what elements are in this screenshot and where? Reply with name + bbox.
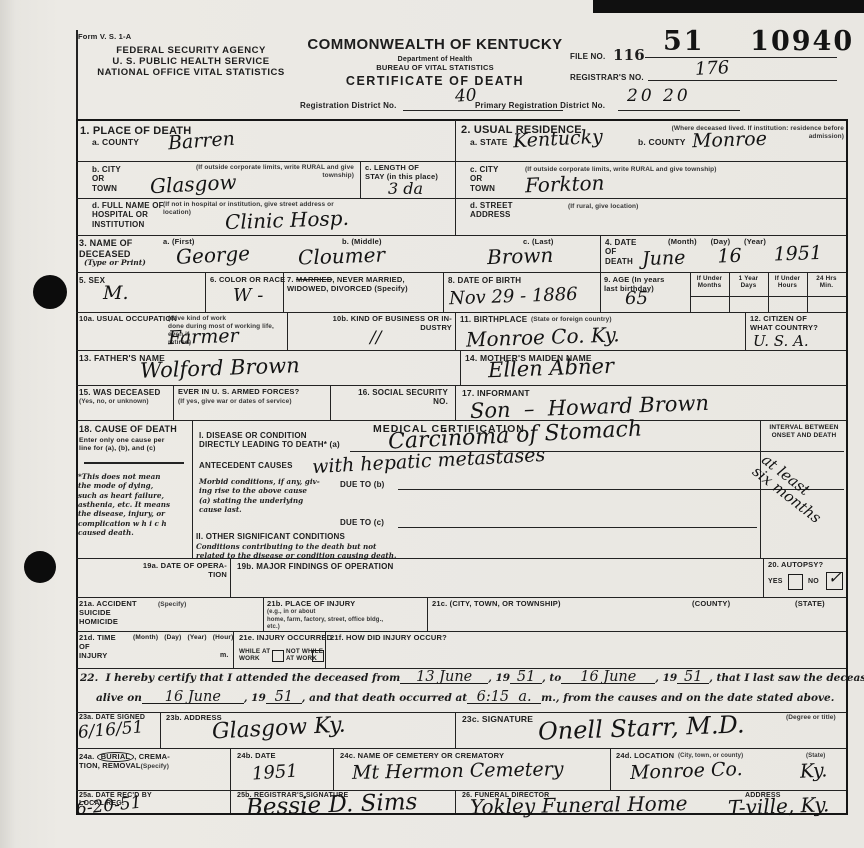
registration-district-label: Registration District No.: [300, 101, 397, 110]
cemetery-value: Mt Hermon Cemetery: [352, 760, 564, 783]
burial-date-value: 1951: [251, 762, 298, 783]
street-address-label: d. STREET ADDRESS: [470, 201, 513, 220]
residence-city-label: c. CITY OR TOWN: [470, 165, 499, 193]
cause-footnote: *This does not mean the mode of dying, s…: [78, 472, 190, 538]
accident-suicide-homicide-label: 21a. ACCIDENT SUICIDE HOMICIDE: [79, 600, 137, 627]
certify-text-8: , and that death occurred at: [302, 692, 467, 704]
registrar-no-value: 176: [695, 59, 730, 79]
registrar-no-label: REGISTRAR'S NO.: [570, 73, 644, 82]
attended-to-year: 51: [677, 671, 709, 684]
punch-hole: [33, 275, 67, 309]
attended-from-year: 51: [510, 671, 542, 684]
agency-name: FEDERAL SECURITY AGENCY U. S. PUBLIC HEA…: [66, 45, 316, 79]
race-label: 6. COLOR OR RACE: [210, 276, 285, 285]
burial-cremation-label: 24a. BURIAL, CREMA- TION, REMOVAL(Specif…: [79, 752, 229, 771]
file-no-printed: 116: [613, 47, 645, 65]
date-of-operation-label: 19a. DATE OF OPERA- TION: [79, 562, 227, 580]
citizen-country-value: U. S. A.: [753, 334, 809, 349]
death-county-value: Barren: [167, 130, 235, 154]
while-at-work-checkbox: [272, 650, 284, 662]
place-of-injury-note: (e.g., in or about home, farm, factory, …: [267, 609, 422, 632]
death-county-label: a. COUNTY: [92, 137, 139, 147]
morbid-conditions-note: Morbid conditions, if any, giv- ing rise…: [199, 477, 349, 514]
age-sub-4-bottom: Min.: [820, 282, 833, 289]
street-address-note: (If rural, give location): [568, 203, 638, 211]
other-conditions-title: II. OTHER SIGNIFICANT CONDITIONS: [196, 532, 345, 541]
birthplace-label: 11. BIRTHPLACE: [460, 315, 527, 324]
marital-status-label: 7. MARRIED, NEVER MARRIED, WIDOWED, DIVO…: [287, 276, 442, 294]
sex-label: 5. SEX: [79, 276, 105, 285]
type-or-print-note: (Type or Print): [84, 258, 146, 268]
last-name-value: Brown: [487, 245, 554, 267]
marital-prefix: 7.: [287, 275, 296, 284]
age-sub-4-top: 24 Hrs: [816, 275, 836, 282]
burial-state-value: Ky.: [800, 761, 828, 781]
certify-text-7: , 19: [244, 692, 266, 704]
primary-district-value: 20 20: [627, 88, 691, 105]
certify-text-1: I hereby certify that I attended the dec…: [106, 672, 401, 684]
attended-to-value: 16 June: [561, 671, 655, 684]
sex-value: M.: [103, 284, 129, 303]
middle-name-value: Cloumer: [298, 244, 386, 267]
armed-forces-label-1: 15. WAS DECEASED: [79, 388, 160, 397]
certify-text-4: , 19: [655, 672, 677, 684]
file-no-stamp: 51 10940: [663, 28, 854, 55]
marital-struck-option: MARRIED: [296, 275, 332, 284]
file-no-label: FILE NO.: [570, 52, 605, 61]
not-while-at-work-checkbox: [312, 650, 324, 662]
residence-county-label: b. COUNTY: [638, 137, 686, 147]
autopsy-no-mark: ✓: [828, 570, 841, 586]
armed-forces-label-2: EVER IN U. S. ARMED FORCES?: [178, 388, 299, 397]
armed-forces-note-2: (If yes, give war or dates of service): [178, 398, 292, 406]
registration-district-value: 40: [454, 87, 477, 105]
industry-value: //: [370, 330, 381, 347]
degree-title-note: (Degree or title): [786, 714, 836, 722]
certify-statement-line-1: 22. I hereby certify that I attended the…: [80, 671, 864, 684]
scan-black-bar: [593, 0, 864, 13]
bureau-line: BUREAU OF VITAL STATISTICS: [300, 64, 570, 73]
funeral-address-value: T-ville, Ky.: [728, 794, 830, 818]
date-of-birth-value: Nov 29 - 1886: [449, 286, 578, 308]
race-value: W -: [233, 287, 263, 305]
armed-forces-note-1: (Yes, no, or unknown): [79, 398, 149, 406]
death-city-label: b. CITY OR TOWN: [92, 165, 121, 193]
page-title: COMMONWEALTH OF KENTUCKY: [300, 36, 570, 54]
certify-statement-line-2: alive on16 June, 1951, and that death oc…: [96, 691, 834, 704]
occupation-value: Farmer: [168, 327, 239, 348]
occupation-label: 10a. USUAL OCCUPATION: [79, 315, 177, 324]
mother-name-value: Ellen Abner: [488, 356, 615, 381]
age-sub-col-2: 1 YearDays: [729, 275, 768, 290]
death-city-value: Glasgow: [150, 172, 237, 197]
injury-county-label: (COUNTY): [692, 600, 730, 609]
signature-label: 23c. SIGNATURE: [462, 714, 533, 724]
certify-prefix: 22.: [80, 672, 106, 684]
father-name-value: Wolford Brown: [140, 355, 300, 382]
certify-text-6: alive on: [96, 692, 142, 704]
major-findings-label: 19b. MAJOR FINDINGS OF OPERATION: [237, 562, 394, 571]
form-number: Form V. S. 1-A: [78, 33, 131, 42]
residence-city-value: Forkton: [525, 173, 605, 196]
citizen-country-label: 12. CITIZEN OF WHAT COUNTRY?: [750, 315, 818, 333]
autopsy-no-label: NO: [808, 578, 819, 586]
burial-location-value: Monroe Co.: [630, 760, 743, 783]
while-at-work-label: WHILE AT WORK: [239, 648, 270, 663]
birthplace-value: Monroe Co. Ky.: [466, 324, 620, 349]
hospital-label: d. FULL NAME OF HOSPITAL OR INSTITUTION: [92, 201, 164, 229]
disease-condition-label-2: DIRECTLY LEADING TO DEATH* (a): [199, 440, 340, 449]
residence-state-label: a. STATE: [470, 137, 508, 147]
attended-from-value: 13 June: [400, 671, 488, 684]
last-seen-year: 51: [266, 691, 302, 704]
interval-label: INTERVAL BETWEEN ONSET AND DEATH: [762, 424, 846, 439]
other-conditions-note: Conditions contributing to the death but…: [196, 542, 396, 561]
date-of-birth-label: 8. DATE OF BIRTH: [448, 276, 521, 285]
residence-county-value: Monroe: [692, 130, 768, 152]
last-seen-value: 16 June: [142, 691, 244, 704]
due-to-c-label: DUE TO (c): [340, 518, 384, 527]
age-value: 65: [625, 290, 648, 308]
age-sub-1-top: If Under: [697, 275, 722, 282]
punch-hole: [24, 551, 56, 583]
autopsy-yes-checkbox: [788, 574, 803, 590]
certificate-title: CERTIFICATE OF DEATH: [300, 74, 570, 89]
age-sub-3-top: If Under: [775, 275, 800, 282]
cause-instruction: Enter only one cause per line for (a), (…: [79, 437, 165, 453]
how-injury-occurred-label: 21f. HOW DID INJURY OCCUR?: [330, 634, 447, 643]
place-of-injury-label: 21b. PLACE OF INJURY: [267, 600, 355, 609]
burial-date-label: 24b. DATE: [237, 752, 276, 761]
injury-occurred-label: 21e. INJURY OCCURRED: [239, 634, 332, 643]
age-sub-3-bottom: Hours: [778, 282, 797, 289]
certify-text-2: , 19: [488, 672, 510, 684]
autopsy-label: 20. AUTOPSY?: [768, 561, 823, 570]
age-sub-col-3: If UnderHours: [768, 275, 807, 290]
accident-specify-note: (Specify): [158, 601, 186, 609]
cause-of-death-title: 18. CAUSE OF DEATH: [79, 424, 177, 435]
length-of-stay-value: 3 da: [388, 181, 423, 197]
residence-state-value: Kentucky: [513, 128, 604, 152]
autopsy-yes-label: YES: [768, 578, 783, 586]
time-of-injury-m: m.: [220, 652, 229, 660]
death-time-value: 6:15 a.: [467, 691, 541, 704]
time-of-injury-label: 21d. TIME OF INJURY: [79, 634, 116, 661]
hospital-value: Clinic Hosp.: [225, 208, 349, 232]
burial-specify-note: (Specify): [141, 763, 169, 770]
name-of-deceased-title: 3. NAME OF DECEASED: [79, 238, 133, 259]
burial-prefix: 24a.: [79, 752, 97, 761]
burial-location-label: 24d. LOCATION: [616, 752, 674, 761]
injury-city-label: 21c. (CITY, TOWN, OR TOWNSHIP): [432, 600, 561, 609]
ssn-label: 16. SOCIAL SECURITY NO.: [336, 388, 448, 407]
age-sub-col-1: If UnderMonths: [690, 275, 729, 290]
injury-state-label: (STATE): [795, 600, 825, 609]
time-of-injury-columns: (Month) (Day) (Year) (Hour): [133, 634, 234, 642]
funeral-director-value: Yokley Funeral Home: [470, 793, 688, 817]
signature-value: Onell Starr, M.D.: [538, 712, 745, 743]
age-sub-2-top: 1 Year: [739, 275, 759, 282]
antecedent-causes-label: ANTECEDENT CAUSES: [199, 461, 293, 470]
certify-text-5: , that I last saw the deceased: [709, 672, 864, 684]
grid-line: [76, 30, 78, 122]
age-sub-col-4: 24 HrsMin.: [807, 275, 846, 290]
certify-text-9: m., from the causes and on the date stat…: [541, 692, 834, 704]
primary-district-label: Primary Registration District No.: [475, 101, 605, 110]
registrar-signature-value: Bessie D. Sims: [246, 791, 418, 820]
date-of-death-label: 4. DATE OF DEATH: [605, 238, 636, 266]
first-name-value: George: [176, 243, 251, 267]
age-sub-2-bottom: Days: [741, 282, 757, 289]
certify-text-3: , to: [542, 672, 561, 684]
age-sub-1-bottom: Months: [698, 282, 722, 289]
due-to-b-label: DUE TO (b): [340, 480, 385, 489]
